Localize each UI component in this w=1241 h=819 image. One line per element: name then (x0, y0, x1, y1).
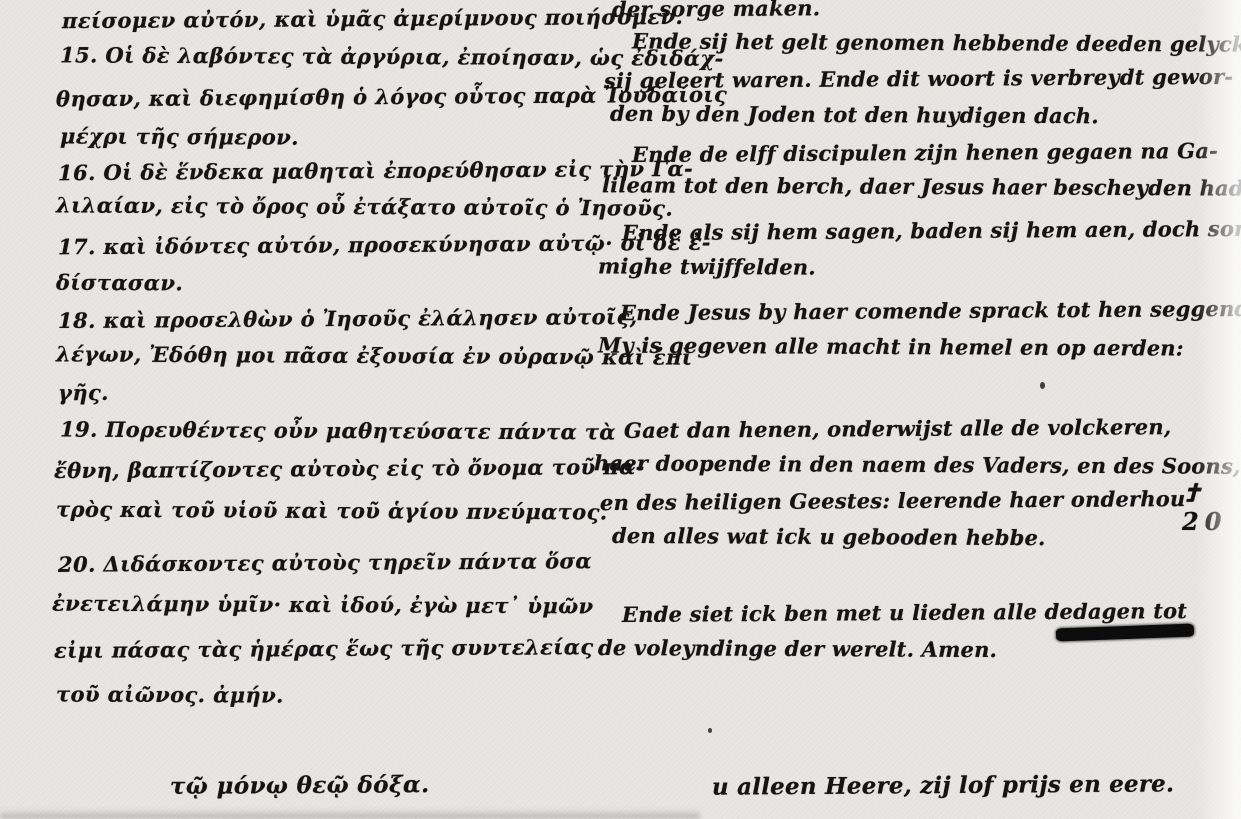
greek-line: ἔθνη, βαπτίζοντες αὐτοὺς εἰς τὸ ὄνομα το… (54, 454, 645, 483)
dutch-line: en des heiligen Geestes: leerende haer o… (600, 486, 1195, 515)
greek-doxology: τῷ μόνῳ θεῷ δόξα. (170, 771, 430, 800)
greek-line: 15. Οἱ δὲ λαβόντες τὰ ἀργύρια, ἐποίησαν,… (60, 42, 724, 70)
greek-line: ἐνετειλάμην ὑμῖν· καὶ ἰδού, ἐγὼ μετ᾽ ὑμῶ… (52, 591, 594, 619)
dutch-line: haer doopende in den naem des Vaders, en… (594, 450, 1241, 478)
dutch-line: den alles wat ick u gebooden hebbe. (612, 523, 1046, 550)
ink-speck (1040, 382, 1045, 389)
ink-blot (1056, 624, 1194, 642)
dutch-line: Gaet dan henen, onderwijst alle de volck… (624, 414, 1171, 443)
greek-line: 20. Διδάσκοντες αὐτοὺς τηρεῖν πάντα ὅσα (58, 548, 592, 577)
dutch-line: Ende als sij hem sagen, baden sij hem ae… (622, 216, 1241, 245)
greek-line: 18. καὶ προσελθὼν ὁ Ἰησοῦς ἐλάλησεν αὐτο… (58, 304, 638, 333)
greek-line: τρὸς καὶ τοῦ υἱοῦ καὶ τοῦ ἁγίου πνεύματο… (56, 497, 608, 525)
dutch-line: Ende sij het gelt genomen hebbende deede… (632, 28, 1241, 56)
dutch-line: der sorge maken. (612, 0, 820, 22)
dutch-line: Ende siet ick ben met u lieden alle deda… (622, 598, 1187, 627)
greek-line: τοῦ αἰῶνος. ἀμήν. (56, 681, 284, 707)
manuscript-page: πείσομεν αὐτόν, καὶ ὑμᾶς ἀμερίμνους ποιή… (0, 0, 1241, 819)
scan-edge-smudge (0, 809, 700, 819)
greek-line: πείσομεν αὐτόν, καὶ ὑμᾶς ἀμερίμνους ποιή… (62, 4, 683, 33)
dutch-line: My is gegeven alle macht in hemel en op … (598, 332, 1184, 360)
dutch-line: mighe twijffelden. (598, 253, 816, 279)
greek-line: μέχρι τῆς σήμερον. (60, 123, 299, 149)
dutch-doxology: u alleen Heere, zij lof prijs en eere. (712, 770, 1174, 800)
dutch-line: Ende de elff discipulen zijn henen gegae… (632, 138, 1218, 167)
dutch-line: den by den Joden tot den huydigen dach. (610, 101, 1099, 129)
greek-line: δίστασαν. (56, 270, 183, 296)
dutch-line: lileam tot den berch, daer Jesus haer be… (602, 172, 1241, 201)
dutch-line: Ende Jesus by haer comende sprack tot he… (620, 296, 1241, 326)
dutch-line: de voleyndinge der werelt. Amen. (598, 635, 997, 662)
dutch-line: sij geleert waren. Ende dit woort is ver… (604, 64, 1233, 93)
greek-line: εἰμι πάσας τὰς ἡμέρας ἕως τῆς συντελείας (54, 634, 594, 663)
greek-line: γῆς. (58, 380, 109, 405)
greek-line: λιλαίαν, εἰς τὸ ὄρος οὗ ἐτάξατο αὐτοῖς ὁ… (56, 192, 673, 220)
greek-line: λέγων, Ἐδόθη μοι πᾶσα ἐξουσία ἐν οὐρανῷ … (56, 341, 692, 369)
greek-line: 19. Πορευθέντες οὖν μαθητεύσατε πάντα τὰ (60, 417, 616, 445)
ink-speck (708, 728, 712, 733)
margin-note-dagger-20: ✝ 20 (1182, 478, 1241, 536)
greek-line: 16. Οἱ δὲ ἕνδεκα μαθηταὶ ἐπορεύθησαν εἰς… (58, 156, 693, 185)
